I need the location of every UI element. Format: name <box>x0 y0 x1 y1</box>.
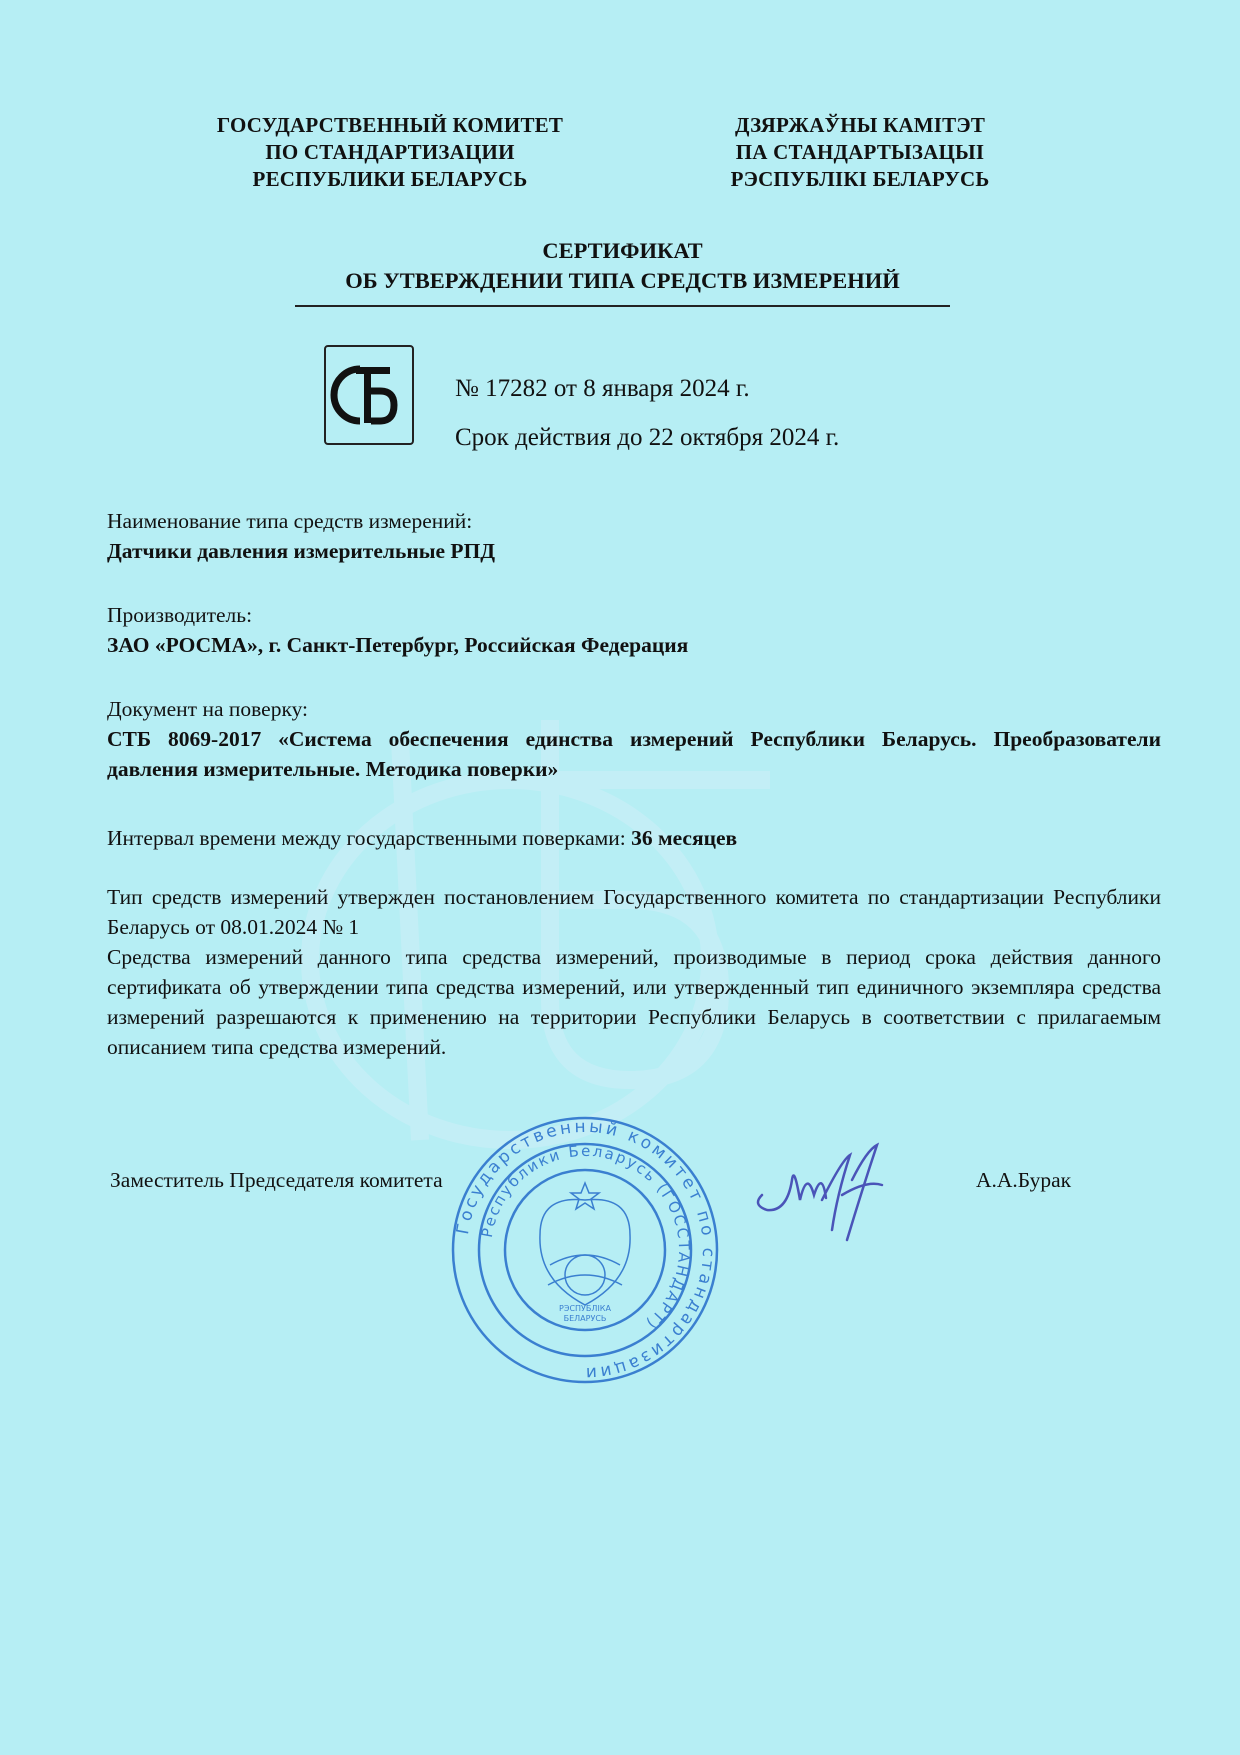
signatory-position: Заместитель Председателя комитета <box>110 1168 443 1193</box>
header-ru-line-3: РЕСПУБЛИКИ БЕЛАРУСЬ <box>190 166 590 193</box>
verification-doc-label: Документ на поверку: <box>107 694 1161 724</box>
verification-doc-section: Документ на поверку: СТБ 8069-2017 «Сист… <box>107 694 1161 784</box>
handwritten-signature-icon <box>752 1140 922 1250</box>
validity-date: Срок действия до 22 октября 2024 г. <box>455 424 839 452</box>
certificate-page: ГОСУДАРСТВЕННЫЙ КОМИТЕТ ПО СТАНДАРТИЗАЦИ… <box>0 0 1240 1755</box>
type-name-label: Наименование типа средств измерений: <box>107 506 1161 536</box>
svg-text:БЕЛАРУСЬ: БЕЛАРУСЬ <box>564 1314 607 1323</box>
header-by-line-3: РЭСПУБЛІКІ БЕЛАРУСЬ <box>690 166 1030 193</box>
header-ru: ГОСУДАРСТВЕННЫЙ КОМИТЕТ ПО СТАНДАРТИЗАЦИ… <box>190 112 590 193</box>
permission-text: Средства измерений данного типа средства… <box>107 942 1161 1062</box>
certificate-number: № 17282 от 8 января 2024 г. <box>455 375 750 403</box>
stb-logo-icon <box>326 347 412 443</box>
manufacturer-label: Производитель: <box>107 600 1161 630</box>
interval-label: Интервал времени между государственными … <box>107 826 631 850</box>
interval-value: 36 месяцев <box>631 826 737 850</box>
title-line-2: ОБ УТВЕРЖДЕНИИ ТИПА СРЕДСТВ ИЗМЕРЕНИЙ <box>295 266 950 296</box>
document-title: СЕРТИФИКАТ ОБ УТВЕРЖДЕНИИ ТИПА СРЕДСТВ И… <box>295 236 950 296</box>
header-by-line-1: ДЗЯРЖАЎНЫ КАМІТЭТ <box>690 112 1030 139</box>
signatory-name: А.А.Бурак <box>976 1168 1071 1193</box>
approval-text: Тип средств измерений утвержден постанов… <box>107 882 1161 942</box>
title-divider <box>295 305 950 307</box>
header-by-line-2: ПА СТАНДАРТЫЗАЦЫІ <box>690 139 1030 166</box>
stb-logo <box>324 345 414 445</box>
verification-doc-value: СТБ 8069-2017 «Система обеспечения единс… <box>107 724 1161 784</box>
header-ru-line-1: ГОСУДАРСТВЕННЫЙ КОМИТЕТ <box>190 112 590 139</box>
manufacturer-section: Производитель: ЗАО «РОСМА», г. Санкт-Пет… <box>107 600 1161 660</box>
manufacturer-value: ЗАО «РОСМА», г. Санкт-Петербург, Российс… <box>107 630 1161 660</box>
interval-section: Интервал времени между государственными … <box>107 823 1161 853</box>
header-ru-line-2: ПО СТАНДАРТИЗАЦИИ <box>190 139 590 166</box>
svg-text:РЭСПУБЛІКА: РЭСПУБЛІКА <box>559 1304 611 1313</box>
header-by: ДЗЯРЖАЎНЫ КАМІТЭТ ПА СТАНДАРТЫЗАЦЫІ РЭСП… <box>690 112 1030 193</box>
title-line-1: СЕРТИФИКАТ <box>295 236 950 266</box>
type-name-section: Наименование типа средств измерений: Дат… <box>107 506 1161 566</box>
type-name-value: Датчики давления измерительные РПД <box>107 536 1161 566</box>
official-stamp-icon: Государственный комитет по стандартизаци… <box>450 1115 720 1385</box>
